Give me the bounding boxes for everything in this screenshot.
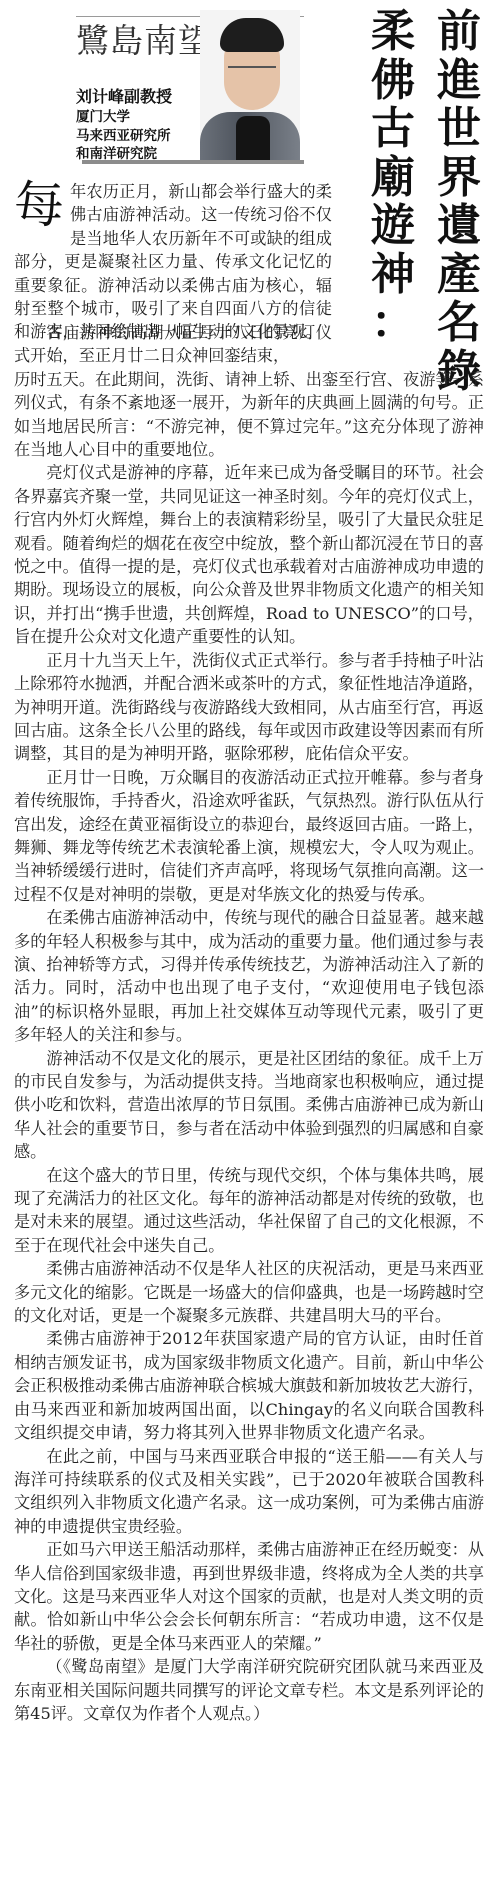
drop-cap: 每 bbox=[14, 182, 64, 228]
headline-line-2: 柔 佛 古 廟 遊 神 ： bbox=[370, 8, 416, 348]
headline-char: 前 bbox=[436, 8, 482, 57]
header-underline bbox=[82, 160, 304, 164]
headline-char: 佛 bbox=[370, 57, 416, 106]
paragraph: 古庙游神的高潮从正月十八日的亮灯仪式开始，至正月廿二日众神回銮结束， bbox=[14, 321, 332, 368]
column-note: （《鹭岛南望》是厦门大学南洋研究院研究团队就马来西亚及东南亚相关国际问题共同撰写… bbox=[14, 1655, 484, 1725]
paragraph: 在这个盛大的节日里，传统与现代交织，个体与集体共鸣，展现了充满活力的社区文化。每… bbox=[14, 1164, 484, 1258]
paragraph: 柔佛古庙游神活动不仅是华人社区的庆祝活动，更是马来西亚多元文化的缩影。它既是一场… bbox=[14, 1257, 484, 1327]
headline-char: 神 bbox=[370, 251, 416, 300]
author-name: 刘计峰副教授 bbox=[76, 86, 172, 108]
intro-paragraph: 每年农历正月，新山都会举行盛大的柔佛古庙游神活动。这一传统习俗不仅是当地华人农历… bbox=[14, 180, 332, 344]
paragraph: 游神活动不仅是文化的展示，更是社区团结的象征。成千上万的市民自发参与，为活动提供… bbox=[14, 1047, 484, 1164]
headline-char: 柔 bbox=[370, 8, 416, 57]
paragraph: 正月十九当天上午，洗街仪式正式举行。参与者手持柚子叶沾上除邪符水抛洒，并配合洒米… bbox=[14, 649, 484, 766]
paragraph: 亮灯仪式是游神的序幕，近年来已成为备受瞩目的环节。社会各界嘉宾齐聚一堂，共同见证… bbox=[14, 461, 484, 648]
paragraph: 柔佛古庙游神于2012年获国家遗产局的官方认证，由时任首相纳吉颁发证书，成为国家… bbox=[14, 1327, 484, 1444]
author-affiliation: 厦门大学 bbox=[76, 108, 172, 127]
headline-char: 界 bbox=[436, 154, 482, 203]
glasses-icon bbox=[228, 66, 276, 80]
article-intro: 每年农历正月，新山都会举行盛大的柔佛古庙游神活动。这一传统习俗不仅是当地华人农历… bbox=[14, 180, 332, 344]
column-name: 鷺島南望 bbox=[76, 24, 212, 57]
author-photo bbox=[200, 10, 300, 160]
headline-char: 遊 bbox=[370, 202, 416, 251]
paragraph: 历时五天。在此期间，洗街、请神上轿、出銮至行宫、夜游等一系列仪式，有条不紊地逐一… bbox=[14, 368, 484, 462]
article-body: 古庙游神的高潮从正月十八日的亮灯仪式开始，至正月廿二日众神回銮结束， 历时五天。… bbox=[14, 321, 484, 1725]
author-byline: 刘计峰副教授 厦门大学 马来西亚研究所 和南洋研究院 bbox=[76, 86, 172, 164]
headline-char: 進 bbox=[436, 57, 482, 106]
paragraph: 在此之前，中国与马来西亚联合申报的“送王船——有关人与海洋可持续联系的仪式及相关… bbox=[14, 1445, 484, 1539]
headline-char: 世 bbox=[436, 105, 482, 154]
headline-char: 遺 bbox=[436, 202, 482, 251]
paragraph: 在柔佛古庙游神活动中，传统与现代的融合日益显著。越来越多的年轻人积极参与其中，成… bbox=[14, 906, 484, 1046]
headline-char: 產 bbox=[436, 251, 482, 300]
paragraph: 正如马六甲送王船活动那样，柔佛古庙游神正在经历蜕变：从华人信俗到国家级非遗，再到… bbox=[14, 1538, 484, 1655]
column-header: 鷺島南望 刘计峰副教授 厦门大学 马来西亚研究所 和南洋研究院 bbox=[72, 10, 304, 170]
headline-char: 古 bbox=[370, 105, 416, 154]
paragraph: 正月廿一日晚，万众瞩目的夜游活动正式拉开帷幕。参与者身着传统服饰，手持香火，沿途… bbox=[14, 766, 484, 906]
author-affiliation: 马来西亚研究所 bbox=[76, 127, 172, 146]
headline-char: 廟 bbox=[370, 154, 416, 203]
